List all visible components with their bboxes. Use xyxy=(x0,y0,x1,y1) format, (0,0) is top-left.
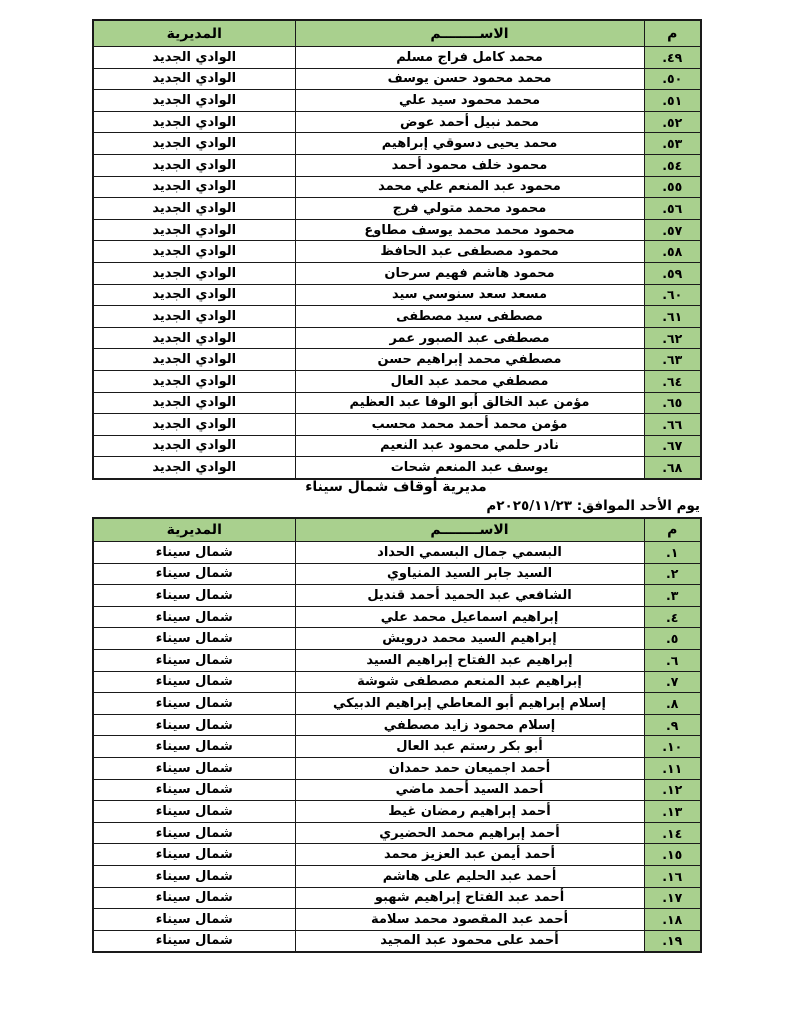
table-row: ٤. إبراهيم اسماعيل محمد علي شمال سيناء xyxy=(93,606,701,628)
header-row: م الاســــــــم المديرية xyxy=(93,518,701,542)
directorate-cell: الوادي الجديد xyxy=(93,219,295,241)
table-row: ٦. إبراهيم عبد الفتاح إبراهيم السيد شمال… xyxy=(93,649,701,671)
table-row: ٣. الشافعي عبد الحميد أحمد قنديل شمال سي… xyxy=(93,585,701,607)
table-row: ١٣. أحمد إبراهيم رمضان غيط شمال سيناء xyxy=(93,801,701,823)
directorate-cell: شمال سيناء xyxy=(93,757,295,779)
name-cell: أبو بكر رستم عبد العال xyxy=(295,736,644,758)
table-row: ٥٦. محمود محمد متولي فرج الوادي الجديد xyxy=(93,198,701,220)
table-row: ١. البسمي جمال البسمي الحداد شمال سيناء xyxy=(93,542,701,564)
directorate-cell: شمال سيناء xyxy=(93,542,295,564)
row-number-cell: ٦٤. xyxy=(644,370,701,392)
name-cell: محمد كامل فراج مسلم xyxy=(295,47,644,69)
name-cell: مصطفي محمد إبراهيم حسن xyxy=(295,349,644,371)
table-row: ١٩. أحمد على محمود عبد المجيد شمال سيناء xyxy=(93,930,701,952)
table-row: ٥٠. محمد محمود حسن يوسف الوادي الجديد xyxy=(93,68,701,90)
directorate-cell: الوادي الجديد xyxy=(93,284,295,306)
row-number-cell: ٥٨. xyxy=(644,241,701,263)
row-number-cell: ١١. xyxy=(644,757,701,779)
row-number-cell: ٥١. xyxy=(644,90,701,112)
table-row: ٥٨. محمود مصطفى عبد الحافظ الوادي الجديد xyxy=(93,241,701,263)
directorate-cell: شمال سيناء xyxy=(93,801,295,823)
table-row: ٤٩. محمد كامل فراج مسلم الوادي الجديد xyxy=(93,47,701,69)
row-number-cell: ٥٤. xyxy=(644,154,701,176)
table-row: ٦٧. نادر حلمي محمود عبد النعيم الوادي ال… xyxy=(93,435,701,457)
name-cell: مؤمن عبد الخالق أبو الوفا عبد العظيم xyxy=(295,392,644,414)
table-row: ٦٤. مصطفي محمد عبد العال الوادي الجديد xyxy=(93,370,701,392)
name-cell: محمود خلف محمود أحمد xyxy=(295,154,644,176)
row-number-cell: ٦٣. xyxy=(644,349,701,371)
name-cell: يوسف عبد المنعم شحات xyxy=(295,457,644,479)
name-cell: محمود هاشم فهيم سرحان xyxy=(295,262,644,284)
table-row: ٥١. محمد محمود سيد علي الوادي الجديد xyxy=(93,90,701,112)
directorate-cell: شمال سيناء xyxy=(93,844,295,866)
row-number-cell: ١٩. xyxy=(644,930,701,952)
name-cell: أحمد إبراهيم محمد الحضيري xyxy=(295,822,644,844)
table-row: ١٧. أحمد عبد الفتاح إبراهيم شهبو شمال سي… xyxy=(93,887,701,909)
directorate-cell: الوادي الجديد xyxy=(93,392,295,414)
row-number-cell: ٥٥. xyxy=(644,176,701,198)
directorate-cell: شمال سيناء xyxy=(93,585,295,607)
row-number-cell: ٦٠. xyxy=(644,284,701,306)
name-cell: أحمد السيد أحمد ماضي xyxy=(295,779,644,801)
table-row: ٨. إسلام إبراهيم أبو المعاطي إبراهيم الد… xyxy=(93,693,701,715)
table-row: ١٦. أحمد عبد الحليم على هاشم شمال سيناء xyxy=(93,865,701,887)
directorate-cell: شمال سيناء xyxy=(93,930,295,952)
table-row: ٦٢. مصطفى عبد الصبور عمر الوادي الجديد xyxy=(93,327,701,349)
section-date: يوم الأحد الموافق: ٢٠٢٥/١١/٢٣م xyxy=(92,498,700,514)
row-number-cell: ٤٩. xyxy=(644,47,701,69)
directorate-cell: شمال سيناء xyxy=(93,649,295,671)
row-number-cell: ٥٧. xyxy=(644,219,701,241)
row-number-cell: ٣. xyxy=(644,585,701,607)
table-row: ٥٢. محمد نبيل أحمد عوض الوادي الجديد xyxy=(93,111,701,133)
name-cell: مصطفي محمد عبد العال xyxy=(295,370,644,392)
name-cell: محمد نبيل أحمد عوض xyxy=(295,111,644,133)
row-number-cell: ١٨. xyxy=(644,909,701,931)
table-row: ١٠. أبو بكر رستم عبد العال شمال سيناء xyxy=(93,736,701,758)
name-cell: مصطفى عبد الصبور عمر xyxy=(295,327,644,349)
table-row: ٦١. مصطفى سيد مصطفى الوادي الجديد xyxy=(93,306,701,328)
name-cell: محمود محمد متولي فرج xyxy=(295,198,644,220)
document-page: م الاســــــــم المديرية ٤٩. محمد كامل ف… xyxy=(0,0,792,1024)
row-number-cell: ٧. xyxy=(644,671,701,693)
row-number-cell: ١٤. xyxy=(644,822,701,844)
row-number-cell: ١٠. xyxy=(644,736,701,758)
name-cell: إبراهيم اسماعيل محمد علي xyxy=(295,606,644,628)
name-cell: البسمي جمال البسمي الحداد xyxy=(295,542,644,564)
directorate-cell: شمال سيناء xyxy=(93,909,295,931)
roster-table-wadi-gedid: م الاســــــــم المديرية ٤٩. محمد كامل ف… xyxy=(92,19,702,480)
directorate-cell: شمال سيناء xyxy=(93,887,295,909)
col-header-name: الاســــــــم xyxy=(295,518,644,542)
directorate-cell: شمال سيناء xyxy=(93,693,295,715)
row-number-cell: ١٣. xyxy=(644,801,701,823)
table-row: ٥٥. محمود عبد المنعم علي محمد الوادي الج… xyxy=(93,176,701,198)
row-number-cell: ٦٧. xyxy=(644,435,701,457)
table-row: ٦٨. يوسف عبد المنعم شحات الوادي الجديد xyxy=(93,457,701,479)
name-cell: إبراهيم السيد محمد درويش xyxy=(295,628,644,650)
table-row: ٧. إبراهيم عبد المنعم مصطفى شوشة شمال سي… xyxy=(93,671,701,693)
name-cell: إبراهيم عبد المنعم مصطفى شوشة xyxy=(295,671,644,693)
name-cell: إسلام محمود زايد مصطفي xyxy=(295,714,644,736)
col-header-directorate: المديرية xyxy=(93,20,295,47)
row-number-cell: ٦٦. xyxy=(644,414,701,436)
name-cell: الشافعي عبد الحميد أحمد قنديل xyxy=(295,585,644,607)
name-cell: إسلام إبراهيم أبو المعاطي إبراهيم الدبيك… xyxy=(295,693,644,715)
name-cell: أحمد عبد الحليم على هاشم xyxy=(295,865,644,887)
directorate-cell: الوادي الجديد xyxy=(93,327,295,349)
directorate-cell: الوادي الجديد xyxy=(93,176,295,198)
row-number-cell: ٦٥. xyxy=(644,392,701,414)
name-cell: محمد محمود سيد علي xyxy=(295,90,644,112)
table-row: ٩. إسلام محمود زايد مصطفي شمال سيناء xyxy=(93,714,701,736)
row-number-cell: ١٢. xyxy=(644,779,701,801)
table-row: ١١. أحمد اجميعان حمد حمدان شمال سيناء xyxy=(93,757,701,779)
name-cell: مصطفى سيد مصطفى xyxy=(295,306,644,328)
table-row: ٥. إبراهيم السيد محمد درويش شمال سيناء xyxy=(93,628,701,650)
col-header-directorate: المديرية xyxy=(93,518,295,542)
directorate-cell: الوادي الجديد xyxy=(93,68,295,90)
directorate-cell: شمال سيناء xyxy=(93,779,295,801)
directorate-cell: الوادي الجديد xyxy=(93,435,295,457)
name-cell: محمد محمود حسن يوسف xyxy=(295,68,644,90)
name-cell: أحمد عبد المقصود محمد سلامة xyxy=(295,909,644,931)
directorate-cell: الوادي الجديد xyxy=(93,47,295,69)
row-number-cell: ٦١. xyxy=(644,306,701,328)
directorate-cell: الوادي الجديد xyxy=(93,414,295,436)
row-number-cell: ٢. xyxy=(644,563,701,585)
row-number-cell: ٦٢. xyxy=(644,327,701,349)
name-cell: محمد يحيى دسوقي إبراهيم xyxy=(295,133,644,155)
row-number-cell: ٩. xyxy=(644,714,701,736)
col-header-num: م xyxy=(644,20,701,47)
name-cell: السيد جابر السيد المنياوي xyxy=(295,563,644,585)
directorate-cell: الوادي الجديد xyxy=(93,241,295,263)
name-cell: مسعد سعد سنوسي سيد xyxy=(295,284,644,306)
row-number-cell: ٨. xyxy=(644,693,701,715)
directorate-cell: شمال سيناء xyxy=(93,606,295,628)
name-cell: أحمد عبد الفتاح إبراهيم شهبو xyxy=(295,887,644,909)
directorate-cell: الوادي الجديد xyxy=(93,457,295,479)
table-row: ١٢. أحمد السيد أحمد ماضي شمال سيناء xyxy=(93,779,701,801)
row-number-cell: ٥٠. xyxy=(644,68,701,90)
row-number-cell: ٥٣. xyxy=(644,133,701,155)
directorate-cell: الوادي الجديد xyxy=(93,262,295,284)
directorate-cell: شمال سيناء xyxy=(93,671,295,693)
directorate-cell: شمال سيناء xyxy=(93,563,295,585)
section-title: مديرية أوقاف شمال سيناء xyxy=(92,479,700,495)
directorate-cell: الوادي الجديد xyxy=(93,111,295,133)
name-cell: محمود عبد المنعم علي محمد xyxy=(295,176,644,198)
directorate-cell: الوادي الجديد xyxy=(93,198,295,220)
directorate-cell: شمال سيناء xyxy=(93,822,295,844)
table-row: ١٥. أحمد أيمن عبد العزيز محمد شمال سيناء xyxy=(93,844,701,866)
table-row: ٦٦. مؤمن محمد أحمد محمد محسب الوادي الجد… xyxy=(93,414,701,436)
name-cell: أحمد اجميعان حمد حمدان xyxy=(295,757,644,779)
header-row: م الاســــــــم المديرية xyxy=(93,20,701,47)
row-number-cell: ١٧. xyxy=(644,887,701,909)
directorate-cell: شمال سيناء xyxy=(93,714,295,736)
table-row: ٥٧. محمود محمد محمد يوسف مطاوع الوادي ال… xyxy=(93,219,701,241)
directorate-cell: شمال سيناء xyxy=(93,736,295,758)
row-number-cell: ١٥. xyxy=(644,844,701,866)
directorate-cell: شمال سيناء xyxy=(93,865,295,887)
row-number-cell: ٥٢. xyxy=(644,111,701,133)
name-cell: محمود محمد محمد يوسف مطاوع xyxy=(295,219,644,241)
row-number-cell: ٤. xyxy=(644,606,701,628)
name-cell: مؤمن محمد أحمد محمد محسب xyxy=(295,414,644,436)
row-number-cell: ١٦. xyxy=(644,865,701,887)
row-number-cell: ٦. xyxy=(644,649,701,671)
table-row: ٦٣. مصطفي محمد إبراهيم حسن الوادي الجديد xyxy=(93,349,701,371)
directorate-cell: الوادي الجديد xyxy=(93,90,295,112)
directorate-cell: الوادي الجديد xyxy=(93,306,295,328)
name-cell: نادر حلمي محمود عبد النعيم xyxy=(295,435,644,457)
row-number-cell: ٥٦. xyxy=(644,198,701,220)
name-cell: أحمد إبراهيم رمضان غيط xyxy=(295,801,644,823)
table-row: ٥٩. محمود هاشم فهيم سرحان الوادي الجديد xyxy=(93,262,701,284)
table-row: ٥٤. محمود خلف محمود أحمد الوادي الجديد xyxy=(93,154,701,176)
directorate-cell: الوادي الجديد xyxy=(93,133,295,155)
table-row: ٥٣. محمد يحيى دسوقي إبراهيم الوادي الجدي… xyxy=(93,133,701,155)
name-cell: إبراهيم عبد الفتاح إبراهيم السيد xyxy=(295,649,644,671)
col-header-num: م xyxy=(644,518,701,542)
row-number-cell: ٥. xyxy=(644,628,701,650)
directorate-cell: الوادي الجديد xyxy=(93,154,295,176)
directorate-cell: شمال سيناء xyxy=(93,628,295,650)
table-row: ٦٠. مسعد سعد سنوسي سيد الوادي الجديد xyxy=(93,284,701,306)
table-row: ٢. السيد جابر السيد المنياوي شمال سيناء xyxy=(93,563,701,585)
directorate-cell: الوادي الجديد xyxy=(93,370,295,392)
table-row: ١٨. أحمد عبد المقصود محمد سلامة شمال سين… xyxy=(93,909,701,931)
table-row: ٦٥. مؤمن عبد الخالق أبو الوفا عبد العظيم… xyxy=(93,392,701,414)
row-number-cell: ٦٨. xyxy=(644,457,701,479)
name-cell: أحمد على محمود عبد المجيد xyxy=(295,930,644,952)
row-number-cell: ٥٩. xyxy=(644,262,701,284)
name-cell: محمود مصطفى عبد الحافظ xyxy=(295,241,644,263)
row-number-cell: ١. xyxy=(644,542,701,564)
roster-table-north-sinai: م الاســــــــم المديرية ١. البسمي جمال … xyxy=(92,517,702,953)
directorate-cell: الوادي الجديد xyxy=(93,349,295,371)
name-cell: أحمد أيمن عبد العزيز محمد xyxy=(295,844,644,866)
table-row: ١٤. أحمد إبراهيم محمد الحضيري شمال سيناء xyxy=(93,822,701,844)
col-header-name: الاســــــــم xyxy=(295,20,644,47)
